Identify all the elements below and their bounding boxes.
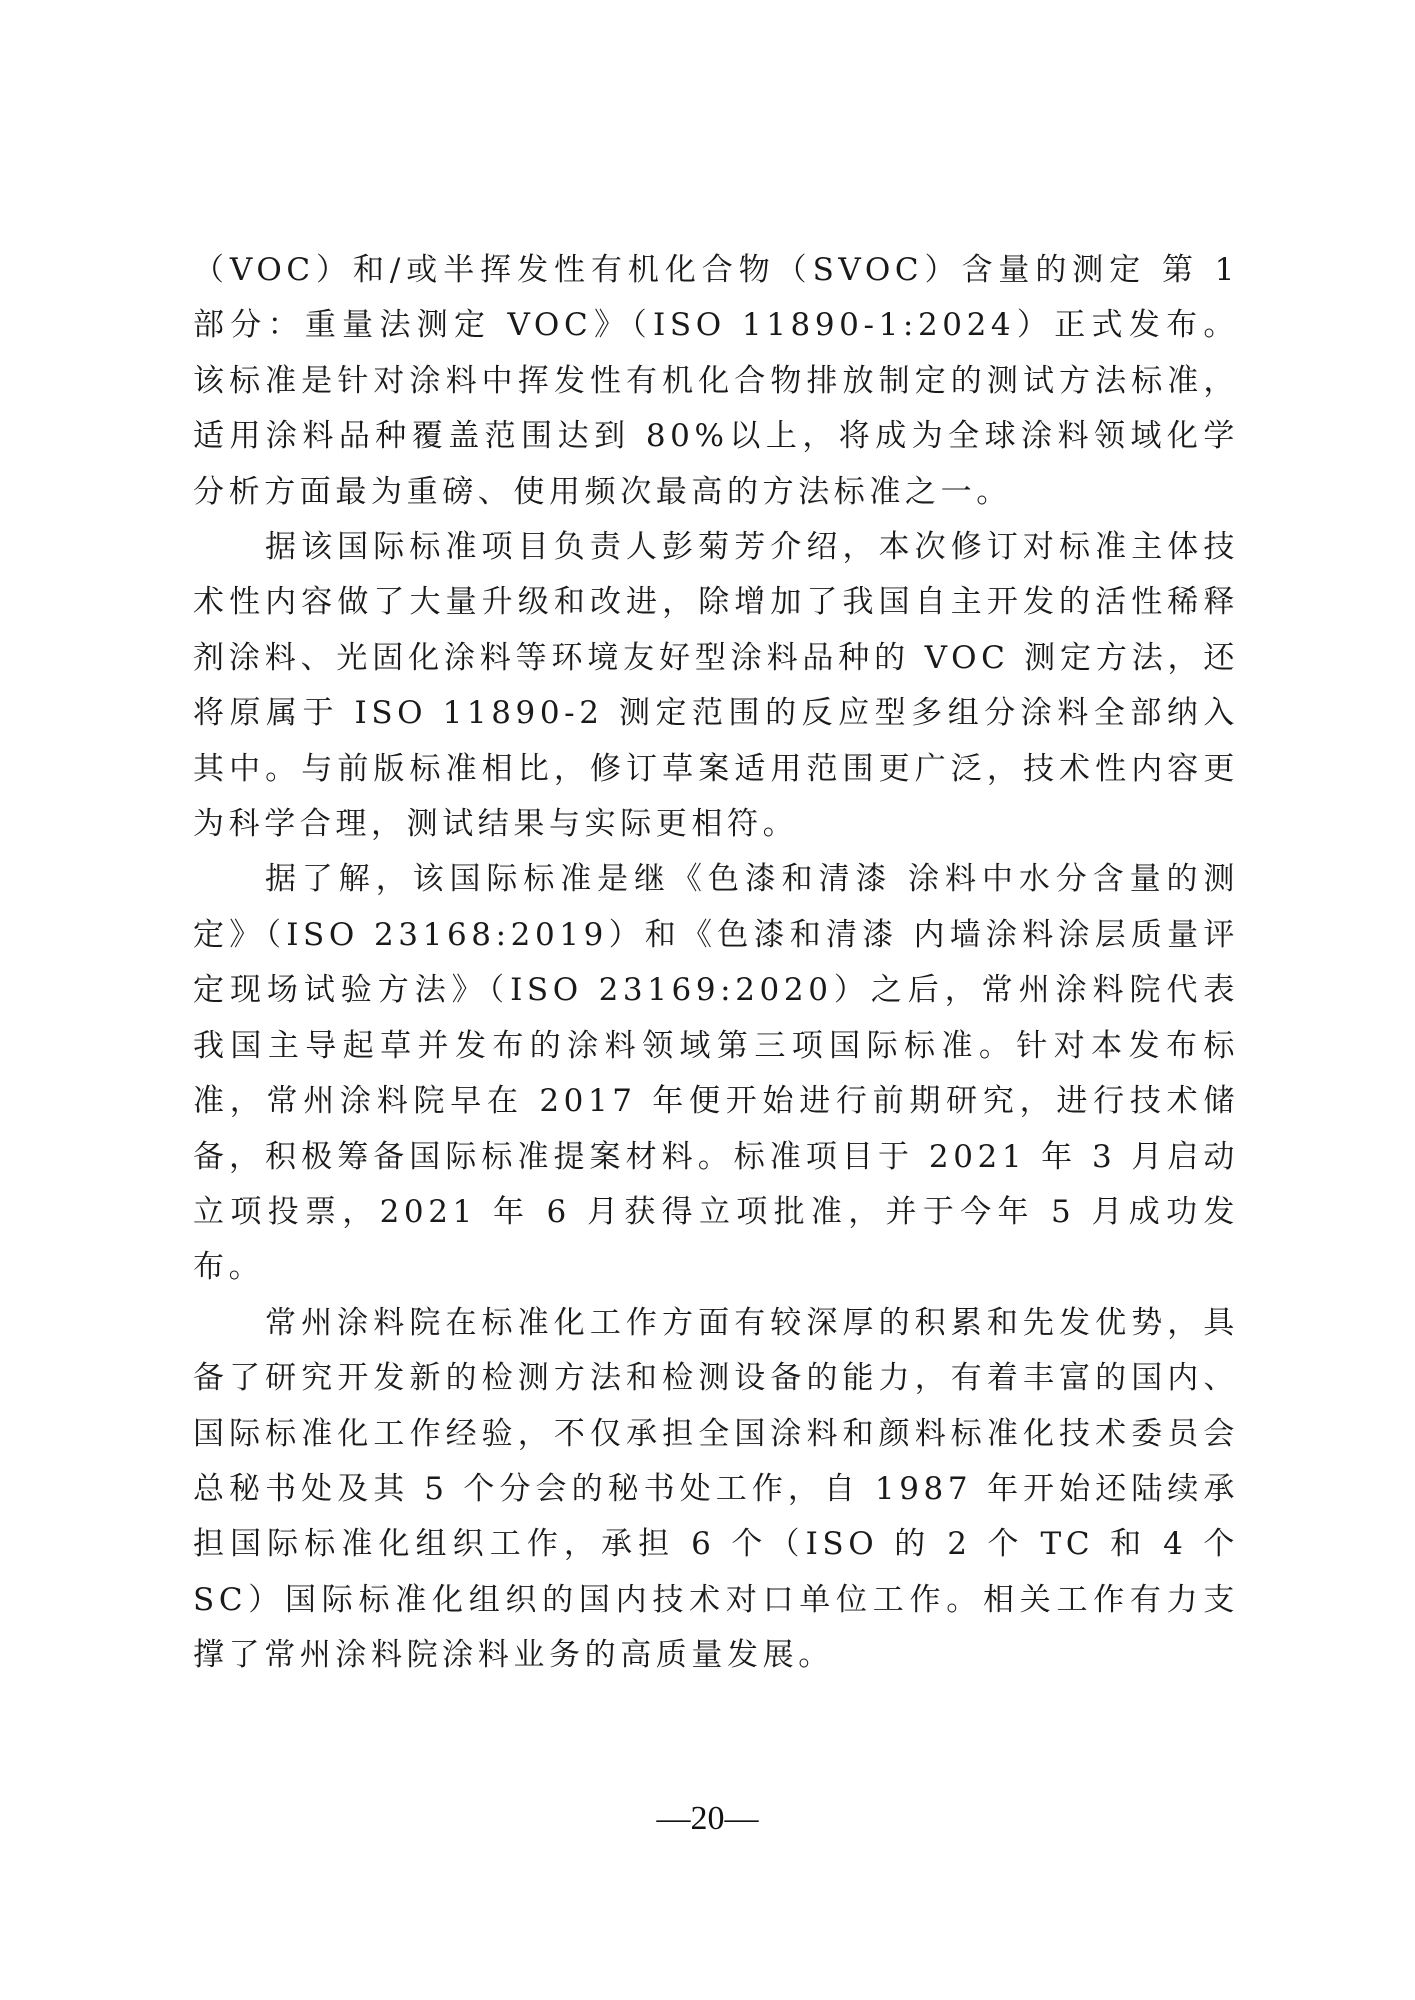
document-page: （VOC）和/或半挥发性有机化合物（SVOC）含量的测定 第 1 部分：重量法测… [0,0,1415,2000]
page-number: —20— [0,1800,1415,1838]
paragraph-1: （VOC）和/或半挥发性有机化合物（SVOC）含量的测定 第 1 部分：重量法测… [193,243,1239,520]
paragraph-3: 据了解，该国际标准是继《色漆和清漆 涂料中水分含量的测定》（ISO 23168:… [193,852,1239,1295]
article-body: （VOC）和/或半挥发性有机化合物（SVOC）含量的测定 第 1 部分：重量法测… [193,243,1239,1684]
paragraph-4: 常州涂料院在标准化工作方面有较深厚的积累和先发优势，具备了研究开发新的检测方法和… [193,1296,1239,1684]
paragraph-2: 据该国际标准项目负责人彭菊芳介绍，本次修订对标准主体技术性内容做了大量升级和改进… [193,520,1239,852]
